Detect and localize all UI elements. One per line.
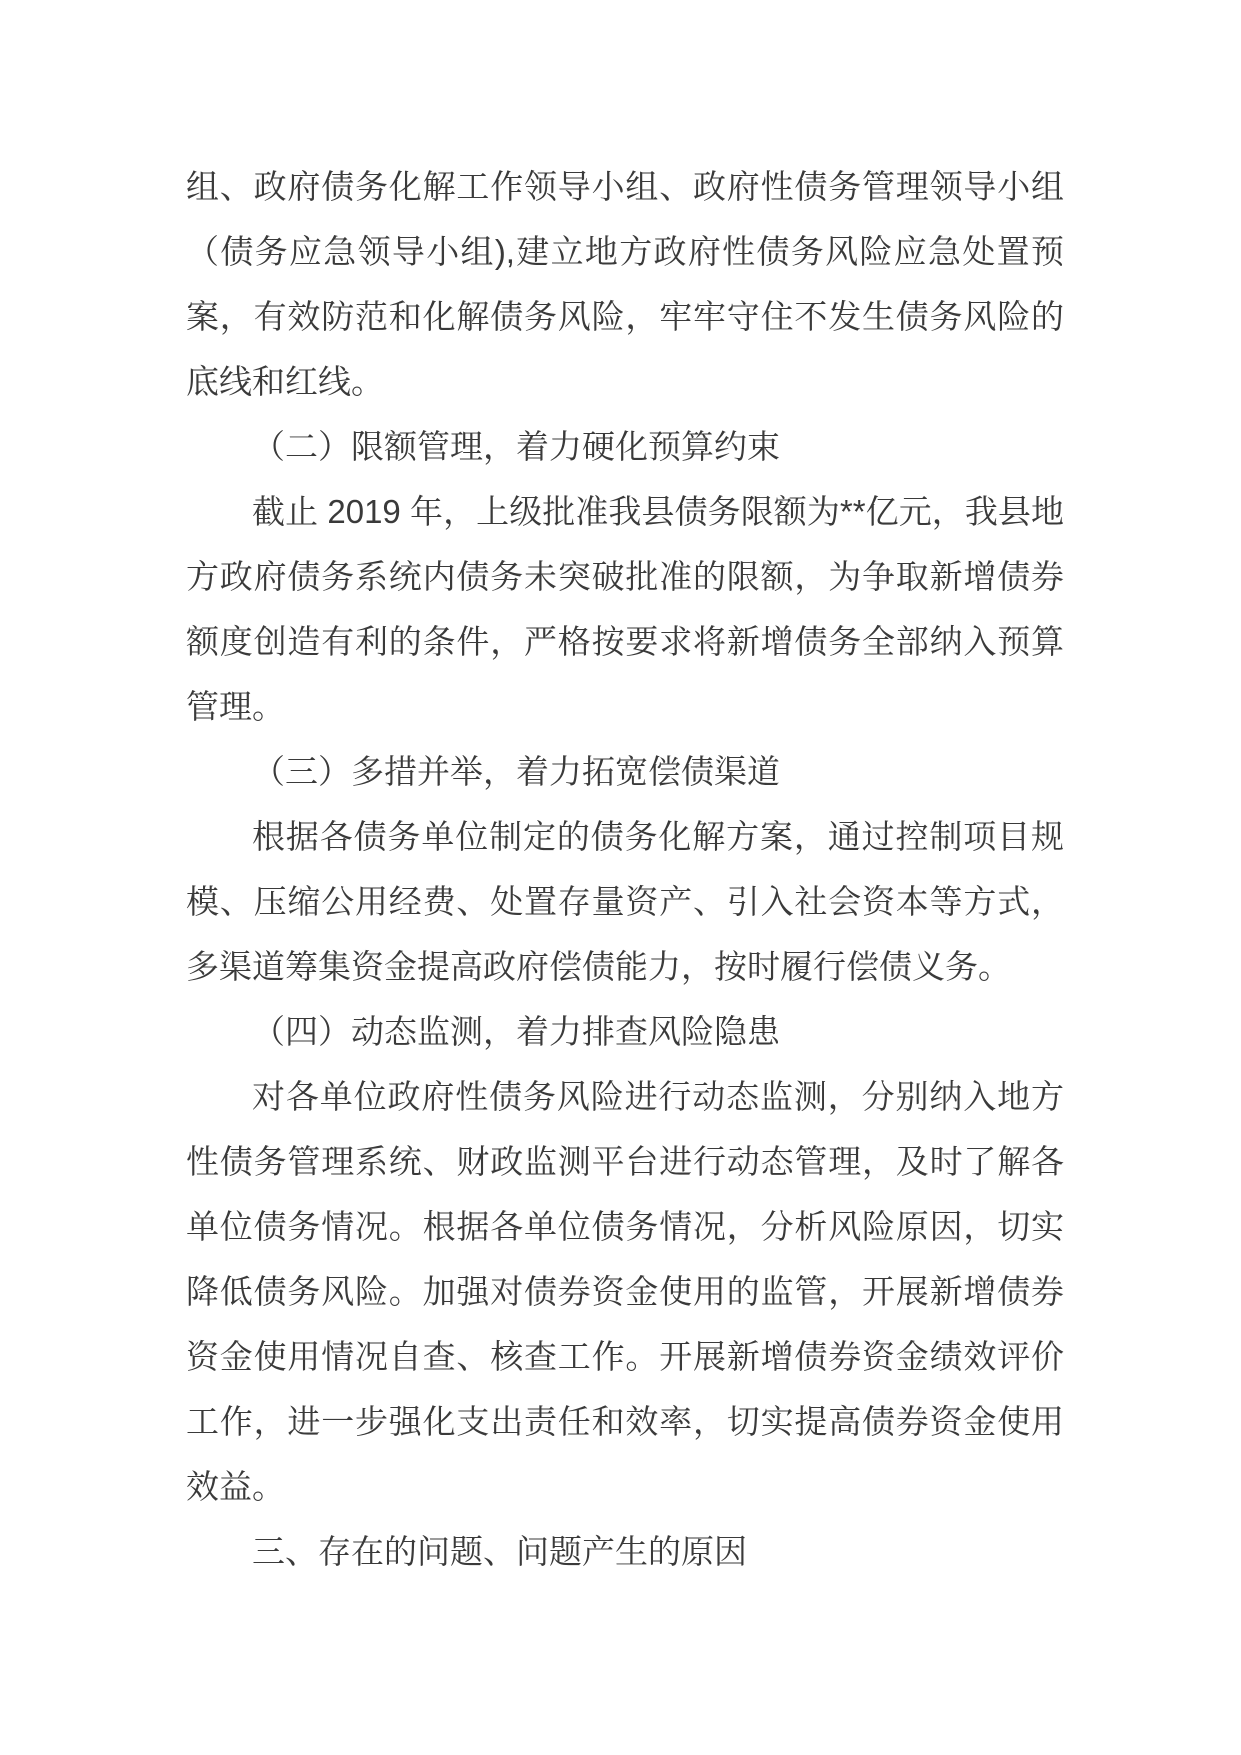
paragraph-dynamic-monitoring-body: 对各单位政府性债务风险进行动态监测，分别纳入地方性债务管理系统、财政监测平台进行… bbox=[186, 1064, 1064, 1519]
section-heading-3-problems-and-causes: 三、存在的问题、问题产生的原因 bbox=[186, 1519, 1064, 1584]
paragraph-continuation-risk-prevention: 组、政府债务化解工作领导小组、政府性债务管理领导小组（债务应急领导小组),建立地… bbox=[186, 154, 1064, 414]
document-text-block: 组、政府债务化解工作领导小组、政府性债务管理领导小组（债务应急领导小组),建立地… bbox=[186, 154, 1064, 1584]
document-page: 组、政府债务化解工作领导小组、政府性债务管理领导小组（债务应急领导小组),建立地… bbox=[0, 0, 1241, 1755]
subheading-4-dynamic-monitoring: （四）动态监测，着力排查风险隐患 bbox=[186, 999, 1064, 1064]
paragraph-repayment-channels-body: 根据各债务单位制定的债务化解方案，通过控制项目规模、压缩公用经费、处置存量资产、… bbox=[186, 804, 1064, 999]
subheading-2-quota-management: （二）限额管理，着力硬化预算约束 bbox=[186, 414, 1064, 479]
subheading-3-repayment-channels: （三）多措并举，着力拓宽偿债渠道 bbox=[186, 739, 1064, 804]
paragraph-quota-management-body: 截止 2019 年，上级批准我县债务限额为**亿元，我县地方政府债务系统内债务未… bbox=[186, 479, 1064, 739]
